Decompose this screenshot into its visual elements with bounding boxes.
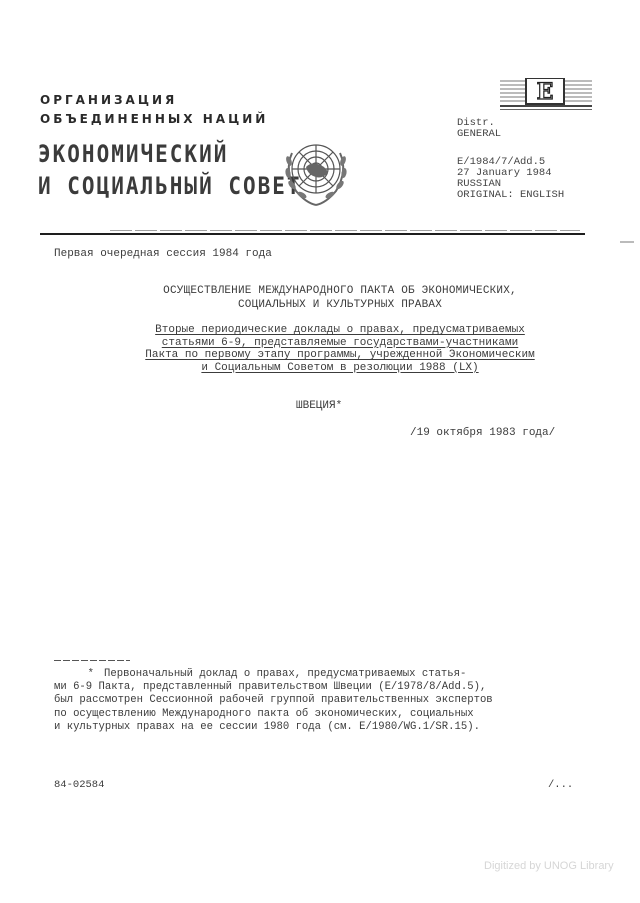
report-date: /19 октября 1983 года/	[410, 427, 555, 439]
document-number: 84-02584	[54, 779, 104, 791]
title-line-1: ОСУЩЕСТВЛЕНИЕ МЕЖДУНАРОДНОГО ПАКТА ОБ ЭК…	[60, 284, 620, 298]
org-name-line-2: ОБЪЕДИНЕННЫХ НАЦИЙ	[40, 112, 268, 126]
council-name-line-2: И СОЦИАЛЬНЫЙ СОВЕТ	[38, 172, 302, 200]
distribution-level: GENERAL	[457, 129, 501, 140]
subtitle-line-4: и Социальным Советом в резолюции 1988 (L…	[201, 362, 478, 374]
scan-mark	[620, 241, 634, 243]
footnote-separator	[54, 660, 130, 661]
footnote-line-1: Первоначальный доклад о правах, предусма…	[104, 668, 466, 680]
footnote-line-2: ми 6-9 Пакта, представленный правительст…	[54, 681, 493, 694]
subtitle-line-1: Вторые периодические доклады о правах, п…	[155, 324, 525, 336]
subtitle-line-3: Пакта по первому этапу программы, учрежд…	[145, 349, 534, 361]
svg-text:E: E	[537, 79, 554, 105]
document-title: ОСУЩЕСТВЛЕНИЕ МЕЖДУНАРОДНОГО ПАКТА ОБ ЭК…	[60, 284, 620, 312]
un-emblem-icon	[278, 133, 354, 209]
header-rule-dashed	[110, 230, 580, 231]
continuation-mark: /...	[548, 779, 573, 791]
header-rule	[40, 233, 585, 235]
footnote-line-4: по осуществлению Международного пакта об…	[54, 708, 493, 721]
footnote: *Первоначальный доклад о правах, предусм…	[54, 668, 493, 734]
e-series-logo: E	[500, 78, 592, 110]
original-language: ORIGINAL: ENGLISH	[457, 190, 564, 201]
document-subtitle: Вторые периодические доклады о правах, п…	[60, 324, 620, 374]
session-line: Первая очередная сессия 1984 года	[54, 248, 272, 260]
footnote-line-5: и культурных правах на ее сессии 1980 го…	[54, 721, 493, 734]
title-line-2: СОЦИАЛЬНЫХ И КУЛЬТУРНЫХ ПРАВАХ	[60, 298, 620, 312]
country-heading: ШВЕЦИЯ*	[296, 400, 342, 412]
digitization-watermark: Digitized by UNOG Library	[484, 860, 614, 872]
org-name-line-1: ОРГАНИЗАЦИЯ	[40, 93, 177, 107]
council-name-line-1: ЭКОНОМИЧЕСКИЙ	[38, 140, 228, 168]
subtitle-line-2: статьями 6-9, представляемые государства…	[162, 337, 518, 349]
footnote-line-3: был рассмотрен Сессионной рабочей группо…	[54, 694, 493, 707]
footnote-marker: *	[54, 668, 94, 681]
